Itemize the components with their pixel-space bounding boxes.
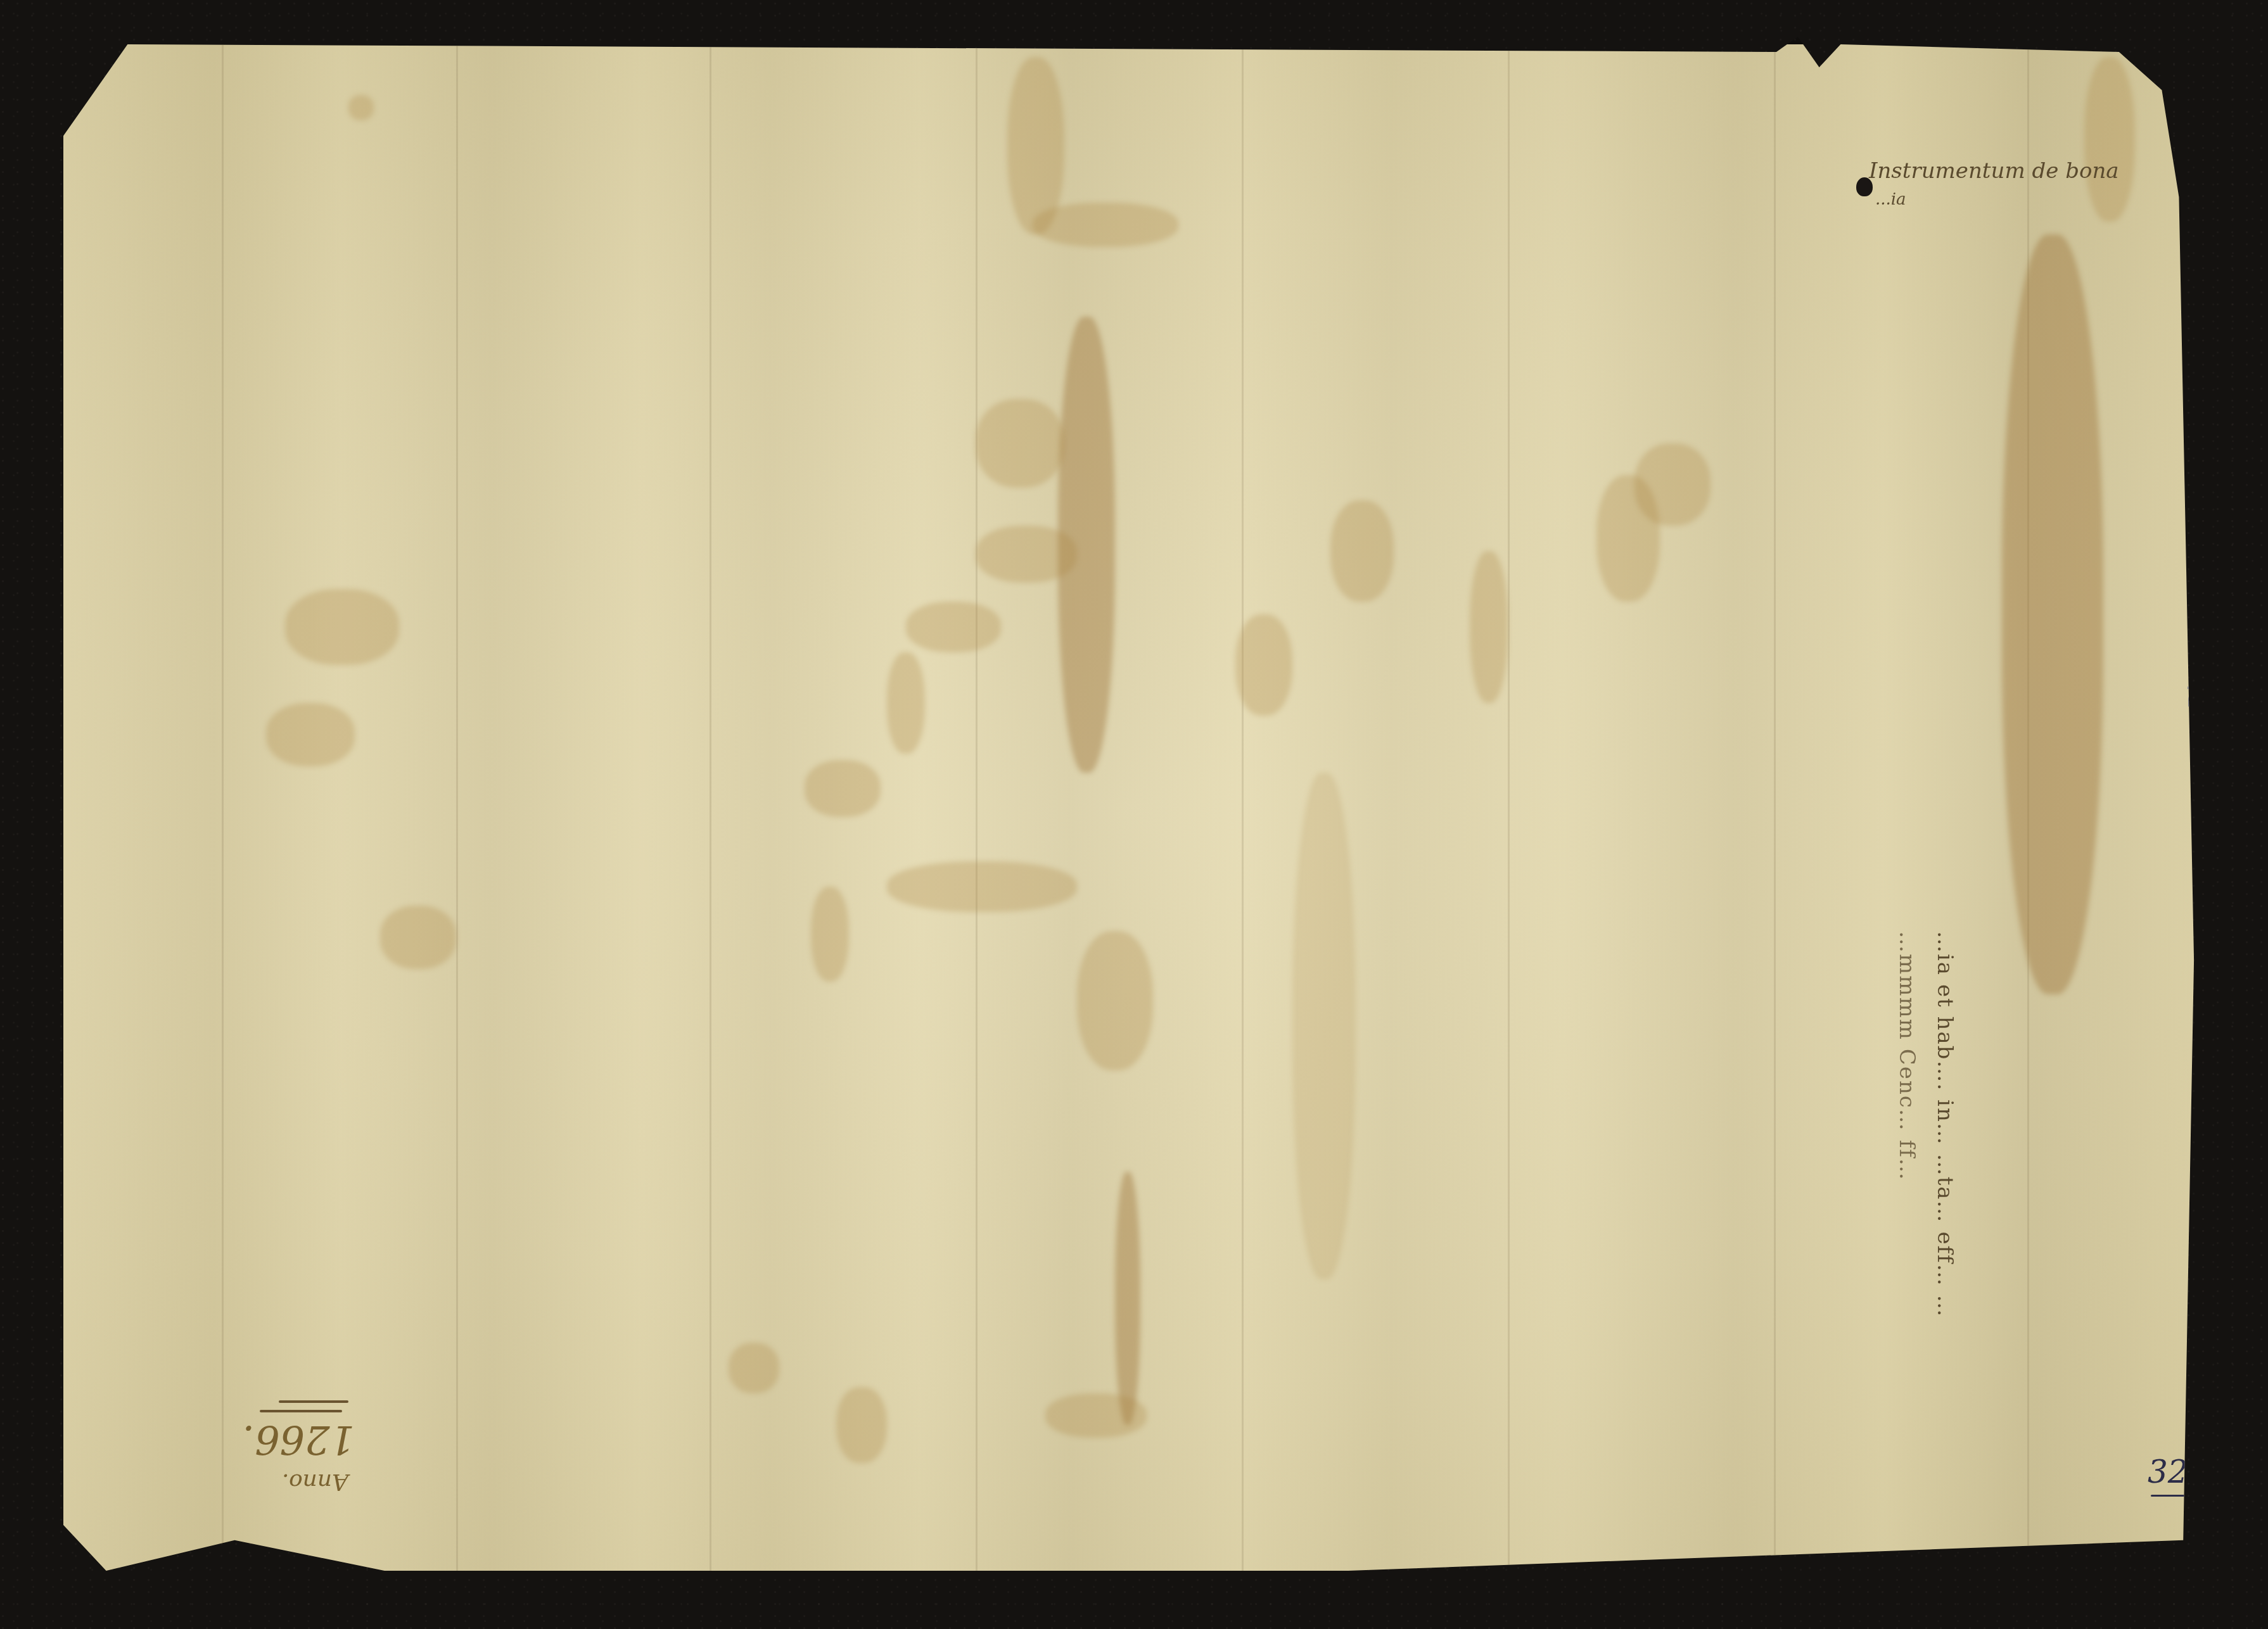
water-stain (811, 887, 849, 982)
fold-line (710, 44, 711, 1571)
endorsement-line-2: ...ia (1875, 190, 1906, 209)
water-stain (2002, 234, 2103, 994)
fold-line (976, 44, 978, 1571)
fold-line (1774, 44, 1776, 1571)
year-note-year: 1266. (243, 1417, 355, 1463)
folio-underline (2151, 1495, 2195, 1497)
water-stain (1292, 773, 1356, 1279)
water-stain (887, 861, 1077, 912)
year-note: Anno. 1266. (222, 1387, 374, 1501)
water-stain (348, 95, 374, 120)
year-note-anno: Anno. (282, 1469, 348, 1495)
folio-number: 327 (2148, 1454, 2208, 1490)
water-stain (836, 1387, 887, 1463)
parchment-sheet: Instrumentum de bona ...ia PbR 604 – B 2… (63, 44, 2205, 1571)
water-stain (729, 1343, 779, 1393)
water-stain (805, 760, 881, 817)
water-stain (380, 906, 456, 969)
water-stain (1033, 203, 1178, 247)
fold-line (1508, 44, 1510, 1571)
fold-line (456, 44, 458, 1571)
water-stain (976, 526, 1077, 583)
water-stain (1330, 500, 1394, 602)
water-stain (1235, 614, 1292, 716)
year-underline (279, 1400, 348, 1403)
endorsement-line-1: Instrumentum de bona (1869, 158, 2119, 184)
water-stain (1634, 443, 1711, 526)
date-note: 1266 Sett–bre (2201, 1082, 2234, 1279)
water-stain (285, 589, 399, 665)
water-stain (906, 602, 1001, 652)
water-stain (1045, 1393, 1147, 1438)
medieval-endorsement-col1: …mmmm Cenc… ff… (1894, 931, 1920, 1181)
water-stain (1077, 931, 1153, 1070)
water-stain (266, 703, 355, 766)
fold-line (1242, 44, 1244, 1571)
water-stain (887, 652, 925, 754)
archive-signature: PbR 604 – B 2 325 (2182, 443, 2217, 709)
water-stain (2084, 57, 2135, 222)
medieval-endorsement-col2: …ia et hab…. in… …ta… eff… … (1932, 931, 1958, 1318)
year-underline (260, 1410, 342, 1412)
water-stain (1115, 1172, 1140, 1425)
water-stain (976, 399, 1064, 488)
document-viewer: Instrumentum de bona ...ia PbR 604 – B 2… (0, 0, 2268, 1629)
fold-line (222, 44, 224, 1571)
water-stain (1470, 551, 1508, 703)
